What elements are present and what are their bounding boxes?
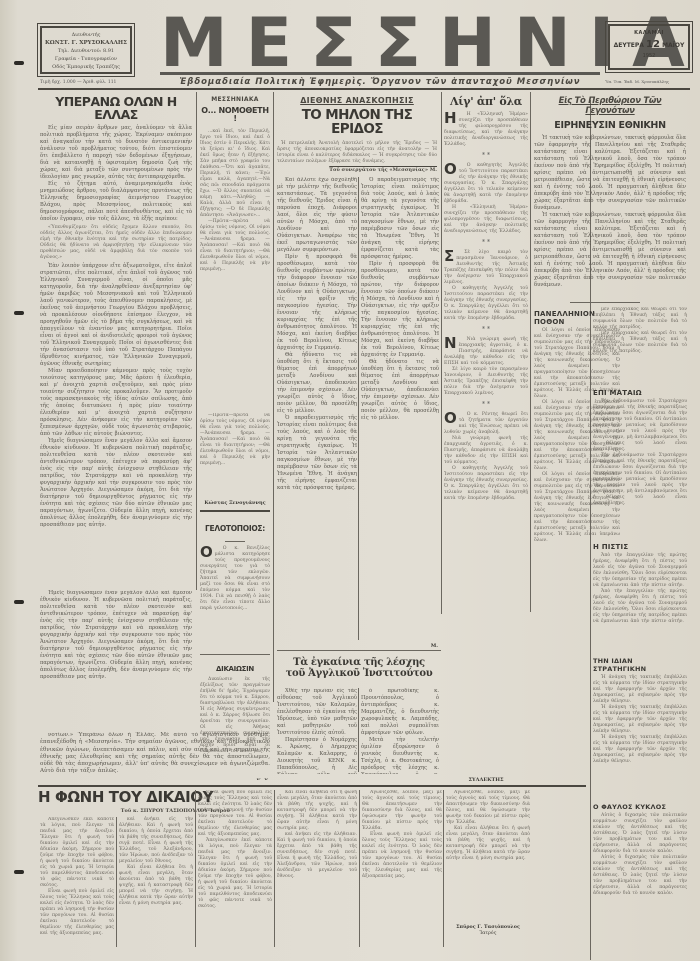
voice-of-justice-body: Εἶναι φωνὴ ποὺ ὁμιλεῖ εἰς ὅλους τοὺς Ἕλλ… [362, 832, 442, 880]
day: 12 [646, 39, 660, 50]
voice-of-justice-body: Καὶ εἶναι ἀλήθεια ὅτι ἡ φωνὴ εἶναι μεγάλ… [277, 790, 357, 832]
column-rule [443, 790, 444, 947]
panellenion-body: μεν ἐπαρχιακὸς καὶ θεωρεῖ ὅτι τὸν ἐπιβλέ… [593, 307, 687, 331]
voice-of-justice-body: Εἶναι φωνὴ ποὺ ὁμιλεῖ εἰς ὅλους τοὺς Ἕλλ… [198, 790, 272, 838]
international-body: Ὁ παραδειγματισμὸς τῆς Ἰστορίας εἶναι πο… [361, 177, 439, 261]
dikaiosin-body: Δικαίωσιν ἐκ τῆς ἐξελίξεως τῶν πραγμάτων… [200, 677, 270, 755]
international-body: Καὶ ἄλλοτε ἔχω ἀσχοληθῆ μὲ τὴν μελέτην τ… [277, 177, 357, 254]
international-byline: Τοῦ συνεργάτου τῆς «Μεσσηνίας» Μ. [310, 167, 437, 173]
british-institute-headline: Τὰ ἐγκαίνια τῆς λέσχης [277, 658, 441, 668]
fauloi-headline: Ο ΦΑΥΛΟΣ ΚΥΚΛΟΣ [593, 803, 687, 811]
office-address: Οδός Ἐμπορικῆς Τραπέζης [42, 63, 130, 71]
column-rule [196, 92, 197, 590]
voice-of-justice-column-4: Καὶ εἶναι ἀλήθεια ὅτι ἡ φωνὴ εἶναι μεγάλ… [277, 790, 357, 957]
voice-of-justice-signature: Σπῦρος Γ. Τασιόπουλος [446, 924, 530, 930]
messiniaka-kicker: ΜΕΣΣΗΝΙΑΚΑ [200, 96, 270, 103]
separator-stars: * * [444, 239, 528, 246]
drop-cap: Ο [444, 412, 457, 425]
british-institute-body: Παρέστησαν ὁ Νομάρχης κ. Ἀρώνης, ὁ Δήμαρ… [277, 737, 357, 774]
lead-signature: Κ. Χ. [40, 778, 270, 780]
international-signature: Μ. [410, 643, 438, 649]
section-rule [200, 510, 270, 512]
international-body: Πρὶν ἡ προσφορὰ θὰ προσθέσωμεν, κατὰ τὸν… [277, 254, 357, 352]
epi-mataio-article: ΕΠΙ ΜΑΤΑΙΩ Τὴν ἐνδυνάμωσιν τοῦ Στρατάρχο… [593, 386, 687, 536]
offices-label: Γραφεία - Τυπογραφείον [42, 55, 130, 63]
drop-cap: Ο [200, 546, 213, 559]
strategiki-headline: ΤΗΝ ΙΔΙΑΝ ΣΤΡΑΤΗΓΙΚΗΝ [593, 657, 687, 673]
director-label: Διευθυντής [42, 31, 130, 39]
column-rule [359, 790, 360, 947]
international-column-1: Καὶ ἄλλοτε ἔχω ἀσχοληθῆ μὲ τὴν μελέτην τ… [277, 177, 357, 647]
lead-paragraph: Εἰς τὸ ζήτημα αὐτό, ἀναμιμνησκόμεθα ἑνὸς… [40, 181, 192, 223]
editor-line: Ὑπ. Τυπ. Ἐκδ. Μ. Χρυσοκάλλης [605, 79, 669, 84]
punch-hole [14, 600, 24, 604]
british-institute-body: Χθὲς τὴν πρωΐαν εἰς τὰς αἰθούσας τοῦ Ἀγγ… [277, 688, 357, 737]
director-phone: Τηλ. Διευθυντού: 8.91 [42, 47, 130, 55]
british-institute-column-1: Χθὲς τὴν πρωΐαν εἰς τὰς αἰθούσας τοῦ Ἀγγ… [277, 688, 357, 774]
month: ΜΑΪΟΥ [662, 42, 684, 49]
ligaki-item: Ο καθηγητὴς Ἀγγελῆς τοῦ Ἰνστιτούτου παρα… [444, 466, 528, 502]
messiniaka-column-end: —Πρῶτα—πρῶτα νὰ ὁρίσω τοὺς νόμους. Οἱ νό… [200, 413, 270, 495]
british-institute-headline: τοῦ Ἀγγλικοῦ Ἰνστιτούτου [277, 669, 441, 679]
newspaper-tagline: Ἑβδομαδιαία Πολιτικὴ Ἐφημερὶς. Ὄργανον τ… [160, 77, 600, 87]
international-headline: ΤΟ ΜΗΛΟΝ ΤΗΣ ΕΡΙΔΟΣ [277, 109, 437, 136]
international-body: Πρὶν ἡ προσφορὰ θὰ προσθέσωμεν, κατὰ τὸν… [361, 261, 439, 359]
events-body: Ἡ τακτικὴ τῶν κυβερνώντων, τακτικὴ φόρμο… [534, 212, 686, 289]
punch-hole [14, 61, 24, 65]
weekday: ΔΕΥΤΕΡΑ [614, 42, 644, 49]
ligaki-item: Η «Ἑλληνικὴ Ἡμέρα» συνεχίζει τὴν προσπάθ… [444, 205, 528, 235]
voice-of-justice-body: Ἀπεγίνωσκεν ἐκεῖ κάποτε τὰ λόγια, ποὺ ἔλ… [40, 817, 114, 889]
british-institute-head: Τὰ ἐγκαίνια τῆς λέσχης τοῦ Ἀγγλικοῦ Ἰνστ… [277, 653, 441, 683]
dikaiosin-headline: ΔΙΚΑΙΩΣΙΝ [200, 666, 270, 673]
voice-of-justice-column-5: Ἀγωνίζεσθε, λοιπόν, μαζὶ μὲ τοὺς ἁγνοὺς … [362, 790, 442, 957]
drop-cap: Ο [444, 163, 457, 176]
british-institute-body: Μετὰ τὴν τελετὴν ὁμιλίαν ἐξεφώνησεν ὁ γε… [361, 737, 439, 774]
voice-of-justice-body: Εἶναι φωνὴ ποὺ ὁμιλεῖ εἰς ὅλους τοὺς Ἕλλ… [40, 889, 114, 937]
international-body: Θὰ ἠδύνατο τις νὰ ὑποθέσῃ ὅτι ἡ ἔκτασις … [361, 359, 439, 422]
column-rule [530, 92, 531, 612]
international-deck: Ἡ πετρελαϊκὴ Ἀνατολὴ ἀποτελεῖ τὸ μῆλον τ… [277, 141, 437, 165]
punch-hole [14, 870, 24, 874]
voice-of-justice-column-1: Ἀπεγίνωσκεν ἐκεῖ κάποτε τὰ λόγια, ποὺ ἔλ… [40, 817, 114, 957]
international-body: Ὁ παραδειγματισμὸς τῆς Ἰστορίας εἶναι πο… [277, 415, 357, 492]
voice-of-justice-signature-title: Ἰατρός [446, 931, 530, 936]
column-rule [274, 790, 275, 947]
epi-mataio-body: Τὴν ἐνδυνάμωσιν τοῦ Στρατάρχου Παπάγου κ… [593, 453, 687, 507]
events-kicker: Εἰς Τὸ Περιθώριον Τῶν Γεγονότων [534, 96, 686, 116]
international-article-head: ΔΙΕΘΝΗΣ ΑΝΑΣΚΟΠΗΣΙΣ ΤΟ ΜΗΛΟΝ ΤΗΣ ΕΡΙΔΟΣ … [277, 93, 437, 178]
strategiki-article: ΤΗΝ ΙΔΙΑΝ ΣΤΡΑΤΗΓΙΚΗΝ Ἡ ἀνάγκη τῆς τακτι… [593, 654, 687, 799]
radio-article [534, 614, 588, 714]
lead-paragraph: Ἡμεῖς διαγνώσαμεν ἕναν μεγάλον ἄλλο καὶ … [40, 590, 192, 681]
voice-of-justice-column-6: Ἀγωνίζεσθε, λοιπόν, μαζὶ μὲ τοὺς ἁγνοὺς … [446, 790, 530, 922]
epi-mataio-body: Τὴν ἐνδυνάμωσιν τοῦ Στρατάρχου Παπάγου κ… [593, 399, 687, 453]
lead-paragraph: Ἡμεῖς διαγνώσαμεν ἕναν μεγάλον ἄλλο καὶ … [40, 438, 192, 529]
section-rule [200, 654, 270, 655]
ligaki-item: Σὲ λίγο καιρὸ τὸν περασμένον Ἰανουάριον,… [444, 367, 528, 397]
pistis-article: Η ΠΙΣΤΙΣ Ἀπὸ τὴν ἐπαγγελίαν τῆς πρώτης ἡ… [593, 540, 687, 650]
director-name: ΚΩΝΣΤ. Γ. ΧΡΥΣΟΚΑΛΛΗΣ [42, 39, 130, 47]
ligaki-item: Νιὰ γνώριμη φωνὴ τῆς ἐπαρχιακῆς ἀγροτιᾶς… [444, 337, 528, 367]
column-rule [358, 688, 359, 772]
masthead-rule [38, 88, 690, 90]
messiniaka-body: ...καὶ ἐκεῖ, τὸν Περικλῆ, ἔργο τοῦ ἴδιου… [200, 129, 270, 219]
panellenion-body: μεν ἐπαρχιακὸς καὶ θεωρεῖ ὅτι τὸν ἐπιβλέ… [593, 331, 687, 355]
fauloi-body: Αὐτὸς ὁ διχασμὸς τῶν πολιτικῶν κομμάτων … [593, 813, 687, 855]
messiniaka-column: ΜΕΣΣΗΝΙΑΚΑ Ο... ΝΟΜΟΘΕΤΗ ! ...καὶ ἐκεῖ, … [200, 93, 270, 413]
lead-headline: ΥΠΕΡΑΝΩ ΟΛΩΝ Η ΕΛΛΑΣ [40, 96, 192, 121]
voice-of-justice-body: Ἀγωνίζεσθε, λοιπόν, μαζὶ μὲ τοὺς ἁγνοὺς … [446, 790, 530, 826]
pistis-body: Ἀπὸ τὴν ἐπαγγελίαν τῆς πρώτης ἡμέρας, ἀν… [593, 553, 687, 589]
british-institute-column-2: ὁ πρωτοδίκης κ. Προυντόπουλος, ὁ ἀντιπρό… [361, 688, 439, 774]
strategiki-body: Ἡ ἀνάγκη τῆς τακτικῆς ἐπιβάλλει εἰς τὰ κ… [593, 675, 687, 705]
british-institute-body: ὁ πρωτοδίκης κ. Προυντόπουλος, ὁ ἀντιπρό… [361, 688, 439, 737]
section-rule [38, 785, 586, 787]
voice-of-justice-body: καὶ ἀνήκει εἰς τὴν ἀλήθειαν. Καὶ ἡ φωνὴ … [277, 832, 357, 880]
ligaki-column: Λίγ' ἀπ' ὅλα Η Η «Ἑλληνικὴ Ἡμέρα» συνεχί… [444, 93, 528, 773]
date-box: ΚΑΛΑΜΑΙ ΔΕΥΤΕΡΑ 12 ΜΑΪΟΥ 1952 [608, 24, 690, 70]
strategiki-body: Ἡ ἀνάγκη τῆς τακτικῆς ἐπιβάλλει εἰς τὰ κ… [593, 735, 687, 765]
voice-of-justice-body: Ἀγωνίζεσθε, λοιπόν, μαζὶ μὲ τοὺς ἁγνοὺς … [362, 790, 442, 832]
international-kicker: ΔΙΕΘΝΗΣ ΑΝΑΣΚΟΠΗΣΙΣ [277, 96, 437, 105]
lead-paragraph: Εἰς μίαν σειρὰν ἄρθρων μας, ἀναλύομεν τὰ… [40, 125, 192, 181]
epi-mataio-headline: ΕΠΙ ΜΑΤΑΙΩ [593, 389, 687, 397]
column-rule [116, 817, 117, 947]
voice-of-justice-column-3: Εἶναι φωνὴ ποὺ ὁμιλεῖ εἰς ὅλους τοὺς Ἕλλ… [198, 790, 272, 957]
events-article: Εἰς Τὸ Περιθώριον Τῶν Γεγονότων ΕΙΡΗΝΕΥΣ… [534, 93, 686, 293]
ligaki-item: Νιὰ γνώριμη φωνὴ τῆς ἐπαρχιακῆς ἀγροτιᾶς… [444, 436, 528, 466]
section-rule [277, 650, 441, 651]
events-body: Ἡ τακτικὴ τῶν κυβερνώντων, τακτικὴ φόρμο… [534, 135, 686, 212]
director-box: Διευθυντής ΚΩΝΣΤ. Γ. ΧΡΥΣΟΚΑΛΛΗΣ Τηλ. Δι… [40, 26, 132, 74]
newspaper-page: Διευθυντής ΚΩΝΣΤ. Γ. ΧΡΥΣΟΚΑΛΛΗΣ Τηλ. Δι… [0, 0, 700, 961]
ligaki-item: Ο καθηγητὴς Ἀγγελῆς τοῦ Ἰνστιτούτου παρα… [444, 286, 528, 322]
voice-of-justice-body: Καὶ εἶναι ἀλήθεια ὅτι ἡ φωνὴ εἶναι μεγάλ… [119, 865, 193, 907]
column-rule [273, 92, 274, 702]
gelotopoios-headline: ΓΕΛΟΤΟΠΟΙΟΣ: [200, 525, 270, 533]
column-rule [358, 177, 359, 640]
newspaper-title: ΜΕΣΣΗΝΙΑ [160, 12, 600, 76]
messiniaka-body: —Πρῶτα—πρῶτα νὰ ὁρίσω τοὺς νόμους. Οἱ νό… [200, 219, 270, 273]
fauloi-body: Αὐτὸς ὁ διχασμὸς τῶν πολιτικῶν κομμάτων … [593, 855, 687, 897]
drop-cap: Σ [444, 250, 454, 263]
voice-of-justice-body: Καὶ εἶναι ἀλήθεια ὅτι ἡ φωνὴ εἶναι μεγάλ… [446, 826, 530, 862]
lead-paragraph: Ἐὰν λοιπὸν ὑπάρχουν εἴτε ἀξιωματοῦχοι, ε… [40, 263, 192, 368]
voice-of-justice-body: Ἀπεγίνωσκεν ἐκεῖ κάποτε τὰ λόγια, ποὺ ἔλ… [198, 838, 272, 910]
messiniaka-body: —Πρῶτα—πρῶτα νὰ ὁρίσω τοὺς νόμους. Οἱ νό… [200, 413, 270, 467]
gelotopoios-article: ΓΕΛΟΤΟΠΟΙΟΣ: Ο Ο κ. Βενιζέλος μάλιστα κα… [200, 513, 270, 613]
year: 1952 [610, 53, 688, 59]
voice-of-justice-body: καὶ ἀνήκει εἰς τὴν ἀλήθειαν. Καὶ ἡ φωνὴ … [119, 817, 193, 865]
pistis-headline: Η ΠΙΣΤΙΣ [593, 543, 687, 551]
lead-article: ΥΠΕΡΑΝΩ ΟΛΩΝ Η ΕΛΛΑΣ Εἰς μίαν σειρὰν ἄρθ… [40, 93, 192, 590]
drop-cap: Η [444, 112, 457, 125]
international-body: Θὰ ἠδύνατο τις νὰ ὑποθέσῃ ὅτι ἡ ἔκτασις … [277, 352, 357, 415]
events-headline: ΕΙΡΗΝΕΥΣΙΝ ΕΘΝΙΚΗΝ [534, 121, 686, 131]
ligaki-headline: Λίγ' ἀπ' ὅλα [444, 96, 528, 107]
lead-paragraph: Μίαν προειδοποίησιν κάμνομεν πρὸς τοὺς τ… [40, 368, 192, 438]
pistis-body: Ἀπὸ τὴν ἐπαγγελίαν τῆς πρώτης ἡμέρας, ἀν… [593, 589, 687, 625]
drop-cap: Ν [444, 337, 457, 350]
dikaiosin-article: ΔΙΚΑΙΩΣΙΝ Δικαίωσιν ἐκ τῆς ἐξελίξεως τῶν… [200, 660, 270, 772]
title-rule [160, 72, 600, 75]
ligaki-item: Η «Ἑλληνικὴ Ἡμέρα» συνεχίζει τὴν προσπάθ… [444, 112, 528, 148]
international-column-2: Ὁ παραδειγματισμὸς τῆς Ἰστορίας εἶναι πο… [361, 177, 439, 640]
messiniaka-signature: Κώστας Ξενογιάννης [200, 500, 270, 506]
ligaki-signature: ΣΥΛΛΕΚΤΗΣ [444, 777, 528, 783]
messiniaka-headline: Ο... ΝΟΜΟΘΕΤΗ ! [200, 107, 270, 123]
price-line: Τιμὴ δρχ. 1.000 — Ἀριθ. φύλ. 111 [40, 80, 116, 85]
ligaki-item: Σὲ λίγο καιρὸ τὸν περασμένον Ἰανουάριον,… [444, 250, 528, 286]
separator-stars: * * [444, 152, 528, 159]
separator-stars: * * [444, 401, 528, 408]
voice-of-justice-column-2: καὶ ἀνήκει εἰς τὴν ἀλήθειαν. Καὶ ἡ φωνὴ … [119, 805, 193, 957]
column-rule [441, 92, 442, 614]
lead-quote: «Ὑπενθυμίζομεν ὅτι οὐδεὶς ἔχομεν ἄλλον σ… [40, 225, 192, 261]
strategiki-body: Ἡ ἀνάγκη τῆς τακτικῆς ἐπιβάλλει εἰς τὰ κ… [593, 705, 687, 735]
section-rule [570, 302, 640, 303]
punch-hole [14, 311, 24, 315]
column-rule [195, 790, 196, 947]
separator-stars: * * [444, 326, 528, 333]
city: ΚΑΛΑΜΑΙ [610, 30, 688, 36]
issue-date: ΔΕΥΤΕΡΑ 12 ΜΑΪΟΥ [610, 39, 688, 50]
headline-rule [225, 541, 245, 542]
panellenion-continued: μεν ἐπαρχιακὸς καὶ θεωρεῖ ὅτι τὸν ἐπιβλέ… [593, 307, 687, 387]
fauloi-article: Ο ΦΑΥΛΟΣ ΚΥΚΛΟΣ Αὐτὸς ὁ διχασμὸς τῶν πολ… [593, 800, 687, 930]
